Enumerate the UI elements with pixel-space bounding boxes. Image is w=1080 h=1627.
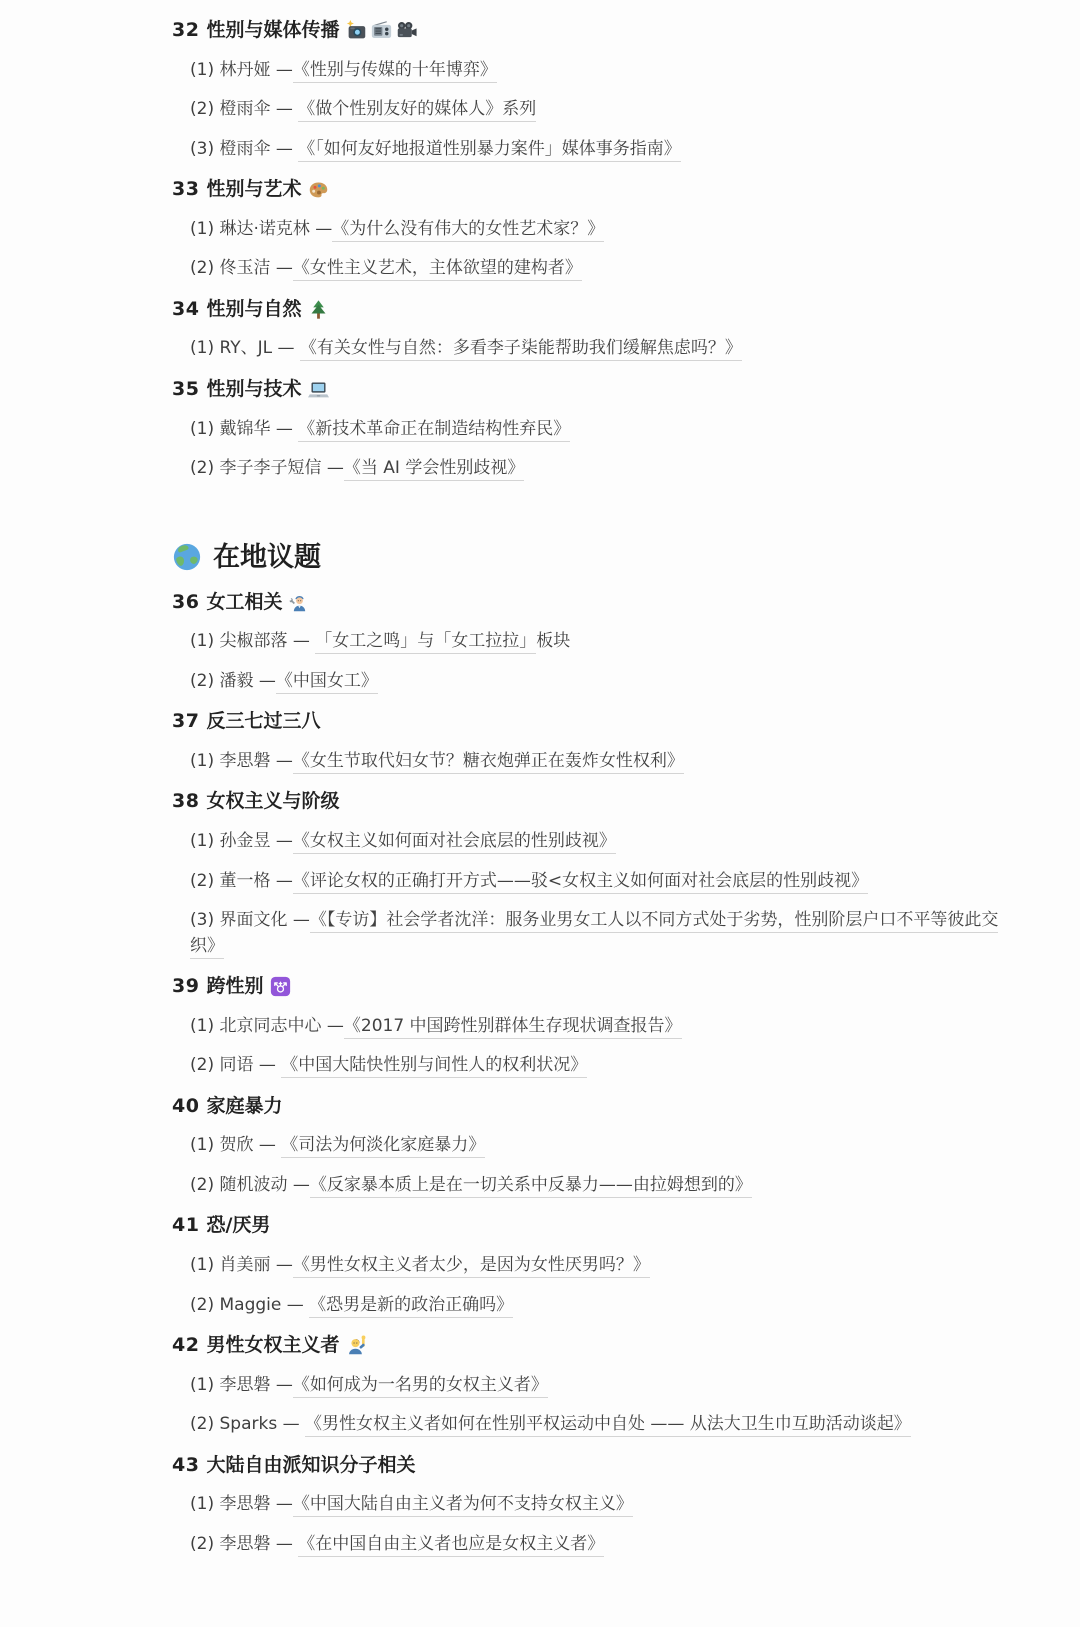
- list-item: (2) 橙雨伞 — 《做个性别友好的媒体人》系列: [190, 97, 1022, 123]
- item-prefix: (1) 肖美丽 —: [190, 1255, 293, 1275]
- item-prefix: (1) 戴锦华 —: [190, 419, 298, 439]
- item-prefix: (1) 李思磐 —: [190, 1375, 293, 1395]
- list-item: (1) 贺欣 — 《司法为何淡化家庭暴力》: [190, 1133, 1022, 1159]
- topic-number: 39: [172, 974, 199, 1000]
- item-prefix: (2) 佟玉洁 —: [190, 258, 293, 278]
- article-link[interactable]: 《男性女权主义者太少，是因为女性厌男吗？》: [293, 1255, 650, 1278]
- list-item: (1) 李思磐 —《如何成为一名男的女权主义者》: [190, 1373, 1022, 1399]
- article-link[interactable]: 《女权主义如何面对社会底层的性别歧视》: [293, 831, 616, 854]
- topic-heading: 32性别与媒体传播: [172, 18, 1024, 44]
- item-prefix: (2) 李子李子短信 —: [190, 458, 344, 478]
- list-item: (2) Maggie — 《恐男是新的政治正确吗》: [190, 1293, 1022, 1319]
- article-link[interactable]: 《「如何友好地报道性别暴力案件」媒体事务指南》: [298, 139, 681, 162]
- item-prefix: (2) 随机波动 —: [190, 1175, 310, 1195]
- section-header: 在地议题: [172, 540, 1024, 575]
- article-link[interactable]: 《中国女工》: [276, 671, 378, 694]
- list-item: (3) 界面文化 —《【专访】社会学者沈洋：服务业男女工人以不同方式处于劣势，性…: [190, 908, 1022, 959]
- article-link[interactable]: 《新技术革命正在制造结构性弃民》: [298, 419, 570, 442]
- topic-heading: 34性别与自然: [172, 297, 1024, 323]
- man-raising-hand-icon: [346, 1335, 367, 1356]
- article-link[interactable]: 《如何成为一名男的女权主义者》: [293, 1375, 548, 1398]
- topic-number: 33: [172, 177, 199, 203]
- topic-number: 32: [172, 18, 199, 44]
- list-item: (2) 佟玉洁 —《女性主义艺术，主体欲望的建构者》: [190, 256, 1022, 282]
- topic-title: 性别与艺术: [206, 177, 301, 203]
- item-prefix: (1) 李思磐 —: [190, 751, 293, 771]
- article-link[interactable]: 《女生节取代妇女节？糖衣炮弹正在轰炸女性权利》: [293, 751, 684, 774]
- reading-list: 32性别与媒体传播(1) 林丹娅 —《性别与传媒的十年博弈》(2) 橙雨伞 — …: [0, 0, 1080, 1627]
- item-prefix: (3) 界面文化 —: [190, 910, 310, 930]
- item-prefix: (1) RY、JL —: [190, 338, 300, 358]
- list-item: (2) Sparks — 《男性女权主义者如何在性别平权运动中自处 —— 从法大…: [190, 1412, 1022, 1438]
- topic-heading: 39跨性别: [172, 974, 1024, 1000]
- list-item: (1) 李思磐 —《女生节取代妇女节？糖衣炮弹正在轰炸女性权利》: [190, 749, 1022, 775]
- list-item: (2) 随机波动 —《反家暴本质上是在一切关系中反暴力——由拉姆想到的》: [190, 1173, 1022, 1199]
- section-title: 在地议题: [213, 540, 321, 575]
- topic-heading: 40家庭暴力: [172, 1094, 1024, 1120]
- radio-icon: [371, 20, 392, 41]
- topic-heading: 43大陆自由派知识分子相关: [172, 1453, 1024, 1479]
- article-link[interactable]: 《2017 中国跨性别群体生存现状调查报告》: [344, 1016, 682, 1039]
- topic-number: 40: [172, 1094, 199, 1120]
- topic-heading: 38女权主义与阶级: [172, 789, 1024, 815]
- topic-number: 43: [172, 1453, 199, 1479]
- topic-heading: 35性别与技术: [172, 377, 1024, 403]
- item-prefix: (1) 北京同志中心 —: [190, 1016, 344, 1036]
- list-item: (1) 戴锦华 — 《新技术革命正在制造结构性弃民》: [190, 417, 1022, 443]
- item-prefix: (2) Maggie —: [190, 1295, 309, 1315]
- list-item: (2) 同语 — 《中国大陆快性别与间性人的权利状况》: [190, 1053, 1022, 1079]
- item-prefix: (1) 孙金昱 —: [190, 831, 293, 851]
- movie-camera-icon: [396, 20, 417, 41]
- mechanic-icon: [289, 592, 310, 613]
- item-prefix: (2) 潘毅 —: [190, 671, 276, 691]
- globe-americas-icon: [172, 542, 202, 572]
- topic-number: 37: [172, 709, 199, 735]
- camera-with-flash-icon: [346, 20, 367, 41]
- article-link[interactable]: 《性别与传媒的十年博弈》: [293, 60, 497, 83]
- list-item: (2) 李思磐 — 《在中国自由主义者也应是女权主义者》: [190, 1532, 1022, 1558]
- article-link[interactable]: 《做个性别友好的媒体人》系列: [298, 99, 536, 122]
- list-item: (1) 北京同志中心 —《2017 中国跨性别群体生存现状调查报告》: [190, 1014, 1022, 1040]
- article-link[interactable]: 《在中国自由主义者也应是女权主义者》: [298, 1534, 604, 1557]
- item-prefix: (2) 同语 —: [190, 1055, 281, 1075]
- item-prefix: (1) 贺欣 —: [190, 1135, 281, 1155]
- list-item: (1) RY、JL — 《有关女性与自然：多看李子柒能帮助我们缓解焦虑吗？》: [190, 336, 1022, 362]
- article-link[interactable]: 《女性主义艺术，主体欲望的建构者》: [293, 258, 582, 281]
- topic-number: 41: [172, 1213, 199, 1239]
- list-item: (1) 孙金昱 —《女权主义如何面对社会底层的性别歧视》: [190, 829, 1022, 855]
- item-prefix: (1) 琳达·诺克林 —: [190, 219, 332, 239]
- reading-list-page: 32性别与媒体传播(1) 林丹娅 —《性别与传媒的十年博弈》(2) 橙雨伞 — …: [0, 0, 1080, 1627]
- topic-heading: 42男性女权主义者: [172, 1333, 1024, 1359]
- topic-number: 34: [172, 297, 199, 323]
- list-item: (2) 李子李子短信 —《当 AI 学会性别歧视》: [190, 456, 1022, 482]
- topic-heading: 41恐/厌男: [172, 1213, 1024, 1239]
- topic-title: 性别与技术: [206, 377, 301, 403]
- topic-title: 恐/厌男: [206, 1213, 270, 1239]
- item-prefix: (1) 尖椒部落 —: [190, 631, 315, 651]
- article-link[interactable]: 《当 AI 学会性别歧视》: [344, 458, 524, 481]
- topic-title: 大陆自由派知识分子相关: [206, 1453, 415, 1479]
- topic-title: 性别与媒体传播: [206, 18, 339, 44]
- list-item: (1) 琳达·诺克林 —《为什么没有伟大的女性艺术家？》: [190, 217, 1022, 243]
- article-link[interactable]: 《中国大陆自由主义者为何不支持女权主义》: [293, 1494, 633, 1517]
- item-prefix: (3) 橙雨伞 —: [190, 139, 298, 159]
- item-prefix: (2) 董一格 —: [190, 871, 293, 891]
- list-item: (1) 李思磐 —《中国大陆自由主义者为何不支持女权主义》: [190, 1492, 1022, 1518]
- topic-number: 36: [172, 590, 199, 616]
- list-item: (3) 橙雨伞 — 《「如何友好地报道性别暴力案件」媒体事务指南》: [190, 137, 1022, 163]
- topic-title: 跨性别: [206, 974, 263, 1000]
- article-link[interactable]: 《为什么没有伟大的女性艺术家？》: [332, 219, 604, 242]
- article-link[interactable]: 《恐男是新的政治正确吗》: [309, 1295, 513, 1318]
- list-item: (1) 林丹娅 —《性别与传媒的十年博弈》: [190, 58, 1022, 84]
- item-suffix: 板块: [536, 631, 570, 651]
- list-item: (1) 肖美丽 —《男性女权主义者太少，是因为女性厌男吗？》: [190, 1253, 1022, 1279]
- evergreen-tree-icon: [308, 299, 329, 320]
- topic-heading: 37反三七过三八: [172, 709, 1024, 735]
- topic-title: 男性女权主义者: [206, 1333, 339, 1359]
- item-prefix: (2) 李思磐 —: [190, 1534, 298, 1554]
- laptop-icon: [308, 379, 329, 400]
- artist-palette-icon: [308, 179, 329, 200]
- article-link[interactable]: 《【专访】社会学者沈洋：服务业男女工人以不同方式处于劣势，性别阶层户口不平等彼此…: [190, 910, 998, 959]
- topic-number: 35: [172, 377, 199, 403]
- article-link[interactable]: 《司法为何淡化家庭暴力》: [281, 1135, 485, 1158]
- topic-title: 女工相关: [206, 590, 282, 616]
- topic-number: 38: [172, 789, 199, 815]
- topic-number: 42: [172, 1333, 199, 1359]
- item-prefix: (1) 李思磐 —: [190, 1494, 293, 1514]
- topic-title: 女权主义与阶级: [206, 789, 339, 815]
- list-item: (1) 尖椒部落 — 「女工之鸣」与「女工拉拉」板块: [190, 629, 1022, 655]
- article-link[interactable]: 《有关女性与自然：多看李子柒能帮助我们缓解焦虑吗？》: [300, 338, 742, 361]
- item-prefix: (2) 橙雨伞 —: [190, 99, 298, 119]
- article-link[interactable]: 《中国大陆快性别与间性人的权利状况》: [281, 1055, 587, 1078]
- topic-heading: 33性别与艺术: [172, 177, 1024, 203]
- item-prefix: (1) 林丹娅 —: [190, 60, 293, 80]
- article-link[interactable]: 「女工之鸣」与「女工拉拉」: [315, 631, 536, 654]
- article-link[interactable]: 《评论女权的正确打开方式——驳<女权主义如何面对社会底层的性别歧视》: [293, 871, 868, 894]
- topic-title: 家庭暴力: [206, 1094, 282, 1120]
- topic-title: 反三七过三八: [206, 709, 320, 735]
- topic-title: 性别与自然: [206, 297, 301, 323]
- topic-heading: 36女工相关: [172, 590, 1024, 616]
- transgender-symbol-icon: [270, 976, 291, 997]
- item-prefix: (2) Sparks —: [190, 1414, 305, 1434]
- article-link[interactable]: 《反家暴本质上是在一切关系中反暴力——由拉姆想到的》: [310, 1175, 752, 1198]
- article-link[interactable]: 《男性女权主义者如何在性别平权运动中自处 —— 从法大卫生巾互助活动谈起》: [305, 1414, 911, 1437]
- list-item: (2) 董一格 —《评论女权的正确打开方式——驳<女权主义如何面对社会底层的性别…: [190, 869, 1022, 895]
- list-item: (2) 潘毅 —《中国女工》: [190, 669, 1022, 695]
